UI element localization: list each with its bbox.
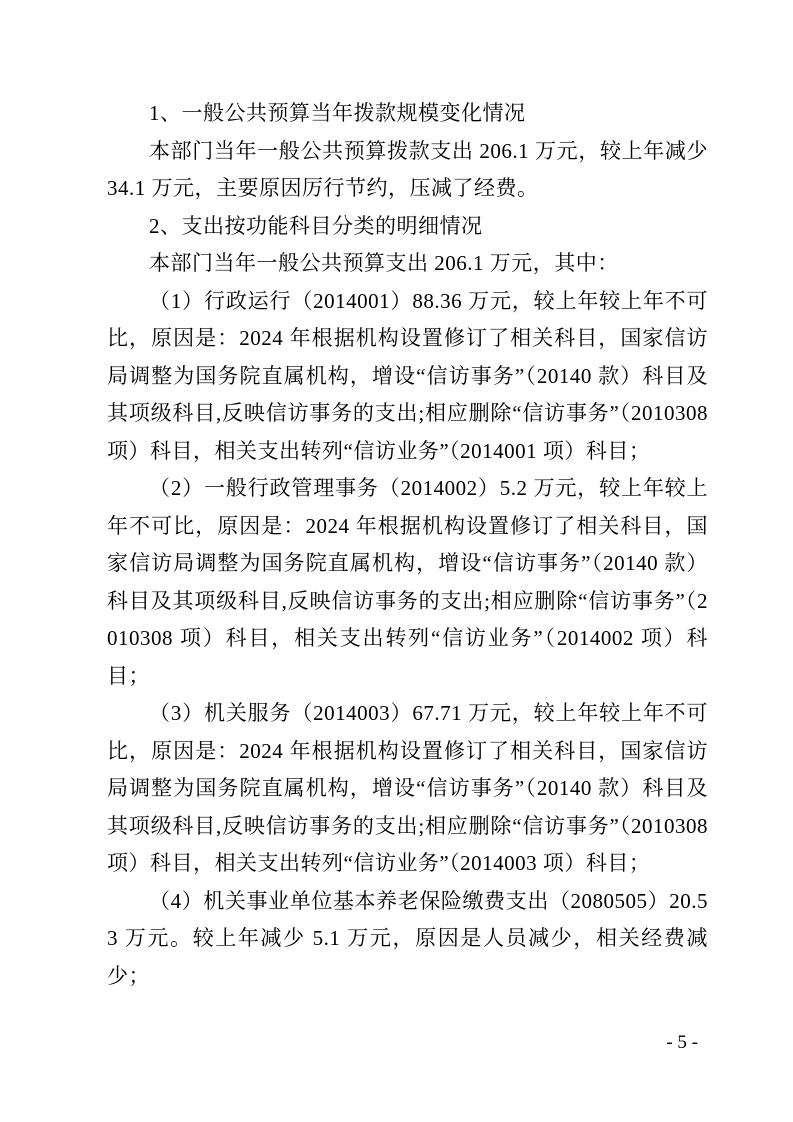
paragraph-item-4-pension-contribution: （4）机关事业单位基本养老保险缴费支出（2080505）20.53 万元。较上年…: [107, 883, 708, 996]
document-body: 1、一般公共预算当年拨款规模变化情况 本部门当年一般公共预算拨款支出 206.1…: [107, 95, 708, 995]
section-heading-1: 1、一般公共预算当年拨款规模变化情况: [107, 95, 708, 133]
paragraph-item-1-administrative-operation: （1）行政运行（2014001）88.36 万元，较上年较上年不可比，原因是：2…: [107, 283, 708, 471]
section-heading-2: 2、支出按功能科目分类的明细情况: [107, 208, 708, 246]
paragraph-funding-scale-change: 本部门当年一般公共预算拨款支出 206.1 万元，较上年减少 34.1 万元，主…: [107, 133, 708, 208]
document-page: 1、一般公共预算当年拨款规模变化情况 本部门当年一般公共预算拨款支出 206.1…: [0, 0, 793, 1122]
paragraph-item-2-general-admin-affairs: （2）一般行政管理事务（2014002）5.2 万元，较上年较上年不可比，原因是…: [107, 470, 708, 695]
paragraph-expenditure-total: 本部门当年一般公共预算支出 206.1 万元，其中：: [107, 245, 708, 283]
paragraph-item-3-agency-services: （3）机关服务（2014003）67.71 万元，较上年较上年不可比，原因是：2…: [107, 695, 708, 883]
page-number: - 5 -: [666, 1031, 698, 1055]
